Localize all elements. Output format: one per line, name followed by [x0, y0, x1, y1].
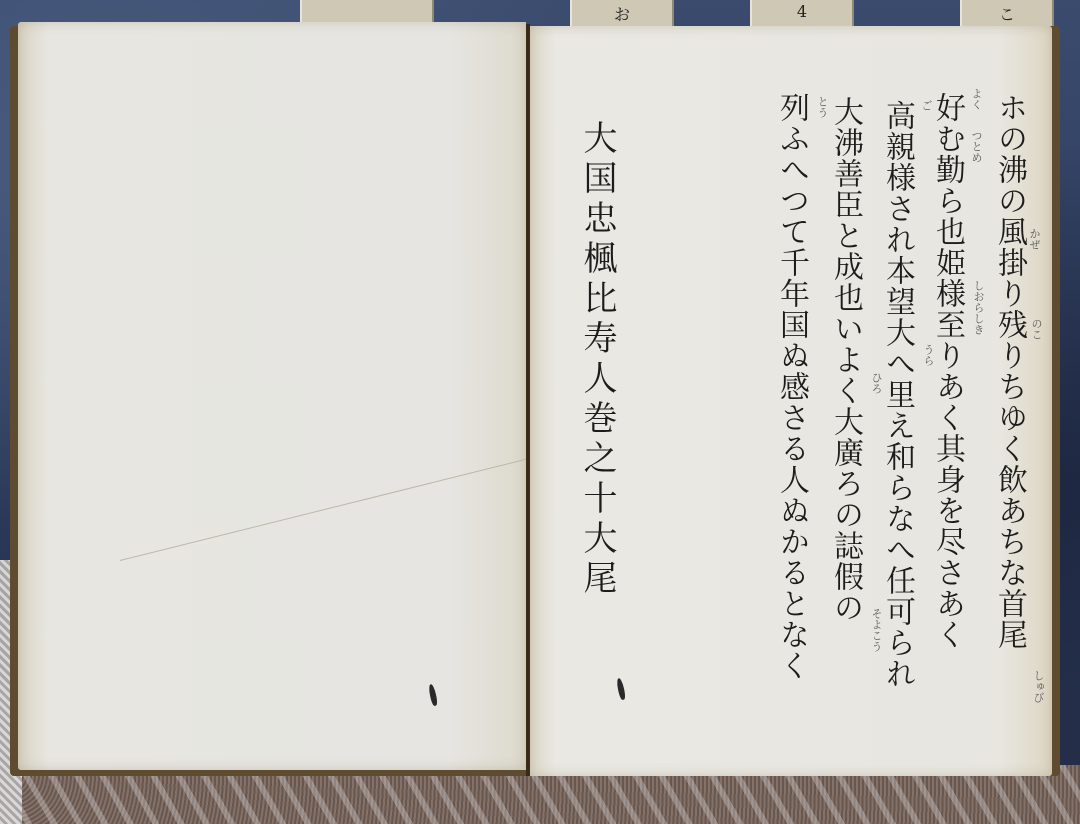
furigana: つとめ	[968, 130, 984, 163]
book-title: 大国忠楓比寿人巻之十大尾	[580, 120, 614, 600]
furigana: よく	[968, 88, 984, 110]
text-column-5: 列ふへつて千年国ぬ感さる人ぬかるとなく	[776, 92, 806, 681]
furigana: しおらしき	[970, 280, 986, 335]
furigana: かぜ	[1026, 228, 1042, 250]
text-column-3: 高親様され本望大へ里え和らなへ任可られ	[882, 100, 912, 689]
furigana: ひろ	[868, 372, 884, 394]
background-book-spine: 4	[750, 0, 854, 28]
furigana: うら	[920, 344, 936, 366]
background-book-spine: お	[570, 0, 674, 28]
text-column-4: 大沸善臣と成也いよく大廣ろの誌假の	[830, 96, 860, 623]
text-column-2: 好む勤ら也姫様至りあく其身を尽さあく	[932, 92, 962, 650]
left-page	[18, 22, 526, 770]
furigana: のこ	[1028, 318, 1044, 340]
text-column-1: ホの沸の風掛り残りちゆく飲あちな首尾	[994, 92, 1024, 650]
furigana: ご	[918, 100, 934, 111]
furigana: そよこう	[868, 608, 884, 652]
furigana: しゅび	[1030, 670, 1046, 703]
furigana: とう	[814, 96, 830, 118]
background-book-spine: こ	[960, 0, 1054, 28]
